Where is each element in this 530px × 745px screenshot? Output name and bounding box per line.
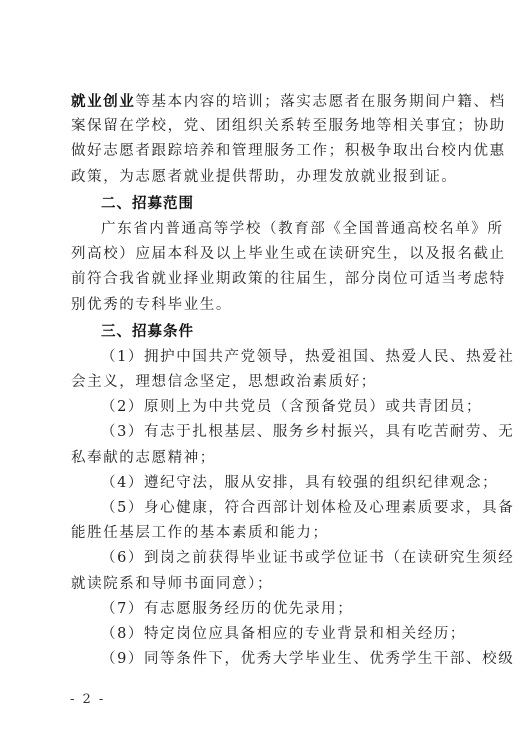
condition-item-8: （8）特定岗位应具备相应的专业背景和相关经历；: [71, 622, 461, 647]
text-line: （9）同等条件下，优秀大学毕业生、优秀学生干部、校级: [71, 647, 461, 672]
text-line: （8）特定岗位应具备相应的专业背景和相关经历；: [71, 622, 461, 647]
text-line: （3）有志于扎根基层、服务乡村振兴，具有吃苦耐劳、无: [71, 420, 461, 445]
text-line: 就读院系和导师书面同意）；: [71, 572, 461, 597]
text-line: 案保留在学校，党、团组织关系转至服务地等相关事宜；协助: [71, 114, 461, 139]
text-line: 列高校）应届本科及以上毕业生或在读研究生，以及报名截止: [71, 242, 461, 267]
text-line: 政策，为志愿者就业提供帮助，办理发放就业报到证。: [71, 165, 461, 190]
bold-text: 就业创业: [71, 93, 135, 110]
paragraph-recruitment-scope: 广东省内普通高等学校（教育部《全国普通高校名单》所 列高校）应届本科及以上毕业生…: [71, 217, 461, 318]
text-line: 广东省内普通高等学校（教育部《全国普通高校名单》所: [71, 217, 461, 242]
document-page: 就业创业等基本内容的培训；落实志愿者在服务期间户籍、档 案保留在学校，党、团组织…: [0, 0, 530, 745]
text-line: 做好志愿者跟踪培养和管理服务工作；积极争取出台校内优惠: [71, 139, 461, 164]
condition-item-1: （1）拥护中国共产党领导，热爱祖国、热爱人民、热爱社 会主义，理想信念坚定，思想…: [71, 345, 461, 395]
condition-item-6: （6）到岗之前获得毕业证书或学位证书（在读研究生须经 就读院系和导师书面同意）；: [71, 546, 461, 596]
text-line: 别优秀的专科毕业生。: [71, 293, 461, 318]
text-line: 私奉献的志愿精神；: [71, 446, 461, 471]
section-heading-recruitment-conditions: 三、招募条件: [71, 320, 461, 345]
conditions-list: （1）拥护中国共产党领导，热爱祖国、热爱人民、热爱社 会主义，理想信念坚定，思想…: [71, 345, 461, 672]
section-heading-recruitment-scope: 二、招募范围: [71, 192, 461, 217]
condition-item-7: （7）有志愿服务经历的优先录用；: [71, 597, 461, 622]
text-line: 前符合我省就业择业期政策的往届生，部分岗位可适当考虑特: [71, 267, 461, 292]
text-line: 会主义，理想信念坚定，思想政治素质好；: [71, 370, 461, 395]
condition-item-9: （9）同等条件下，优秀大学毕业生、优秀学生干部、校级: [71, 647, 461, 672]
condition-item-4: （4）遵纪守法，服从安排，具有较强的组织纪律观念；: [71, 471, 461, 496]
text-span: 等基本内容的培训；落实志愿者在服务期间户籍、档: [135, 94, 505, 110]
condition-item-5: （5）身心健康，符合西部计划体检及心理素质要求，具备 能胜任基层工作的基本素质和…: [71, 496, 461, 546]
text-line: 就业创业等基本内容的培训；落实志愿者在服务期间户籍、档: [71, 89, 461, 114]
condition-item-2: （2）原则上为中共党员（含预备党员）或共青团员；: [71, 395, 461, 420]
page-number: - 2 -: [70, 692, 105, 707]
text-line: 能胜任基层工作的基本素质和能力；: [71, 521, 461, 546]
text-line: （1）拥护中国共产党领导，热爱祖国、热爱人民、热爱社: [71, 345, 461, 370]
text-line: （6）到岗之前获得毕业证书或学位证书（在读研究生须经: [71, 546, 461, 571]
text-line: （7）有志愿服务经历的优先录用；: [71, 597, 461, 622]
text-line: （5）身心健康，符合西部计划体检及心理素质要求，具备: [71, 496, 461, 521]
text-line: （2）原则上为中共党员（含预备党员）或共青团员；: [71, 395, 461, 420]
text-line: （4）遵纪守法，服从安排，具有较强的组织纪律观念；: [71, 471, 461, 496]
paragraph-training: 就业创业等基本内容的培训；落实志愿者在服务期间户籍、档 案保留在学校，党、团组织…: [71, 89, 461, 190]
document-body: 就业创业等基本内容的培训；落实志愿者在服务期间户籍、档 案保留在学校，党、团组织…: [71, 89, 461, 672]
condition-item-3: （3）有志于扎根基层、服务乡村振兴，具有吃苦耐劳、无 私奉献的志愿精神；: [71, 420, 461, 470]
